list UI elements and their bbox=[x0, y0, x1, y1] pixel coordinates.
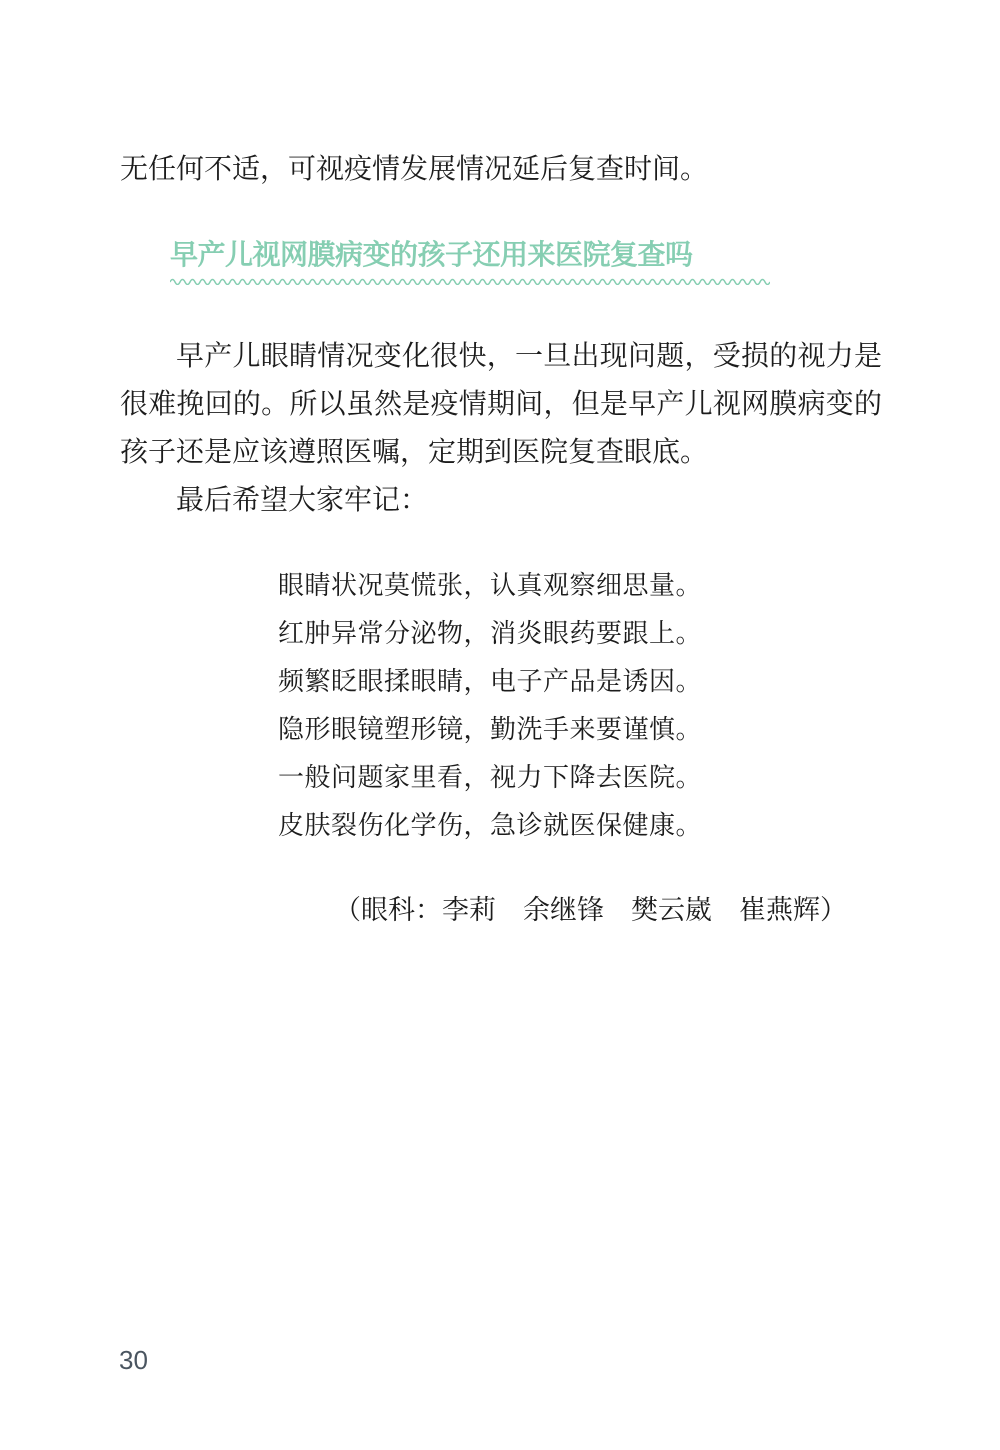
poem-line: 隐形眼镜塑形镜，勤洗手来要谨慎。 bbox=[278, 706, 702, 754]
poem-block: 眼睛状况莫慌张，认真观察细思量。 红肿异常分泌物，消炎眼药要跟上。 频繁眨眼揉眼… bbox=[278, 562, 702, 850]
poem-line: 眼睛状况莫慌张，认真观察细思量。 bbox=[278, 562, 702, 610]
heading-wavy-underline-icon bbox=[170, 276, 770, 285]
poem-line: 皮肤裂伤化学伤，急诊就医保健康。 bbox=[278, 802, 702, 850]
intro-line: 无任何不适，可视疫情发展情况延后复查时间。 bbox=[120, 146, 900, 194]
page-number: 30 bbox=[119, 1345, 148, 1375]
body-paragraph-closing: 最后希望大家牢记： bbox=[120, 477, 882, 525]
attribution-line: （眼科：李莉 余继锋 樊云崴 崔燕辉） bbox=[334, 886, 847, 934]
section-heading: 早产儿视网膜病变的孩子还用来医院复查吗 bbox=[170, 236, 790, 274]
poem-line: 红肿异常分泌物，消炎眼药要跟上。 bbox=[278, 610, 702, 658]
poem-line: 一般问题家里看，视力下降去医院。 bbox=[278, 754, 702, 802]
poem-line: 频繁眨眼揉眼睛，电子产品是诱因。 bbox=[278, 658, 702, 706]
section-heading-block: 早产儿视网膜病变的孩子还用来医院复查吗 bbox=[170, 236, 790, 285]
body-paragraph: 早产儿眼睛情况变化很快，一旦出现问题，受损的视力是很难挽回的。所以虽然是疫情期间… bbox=[120, 333, 882, 477]
